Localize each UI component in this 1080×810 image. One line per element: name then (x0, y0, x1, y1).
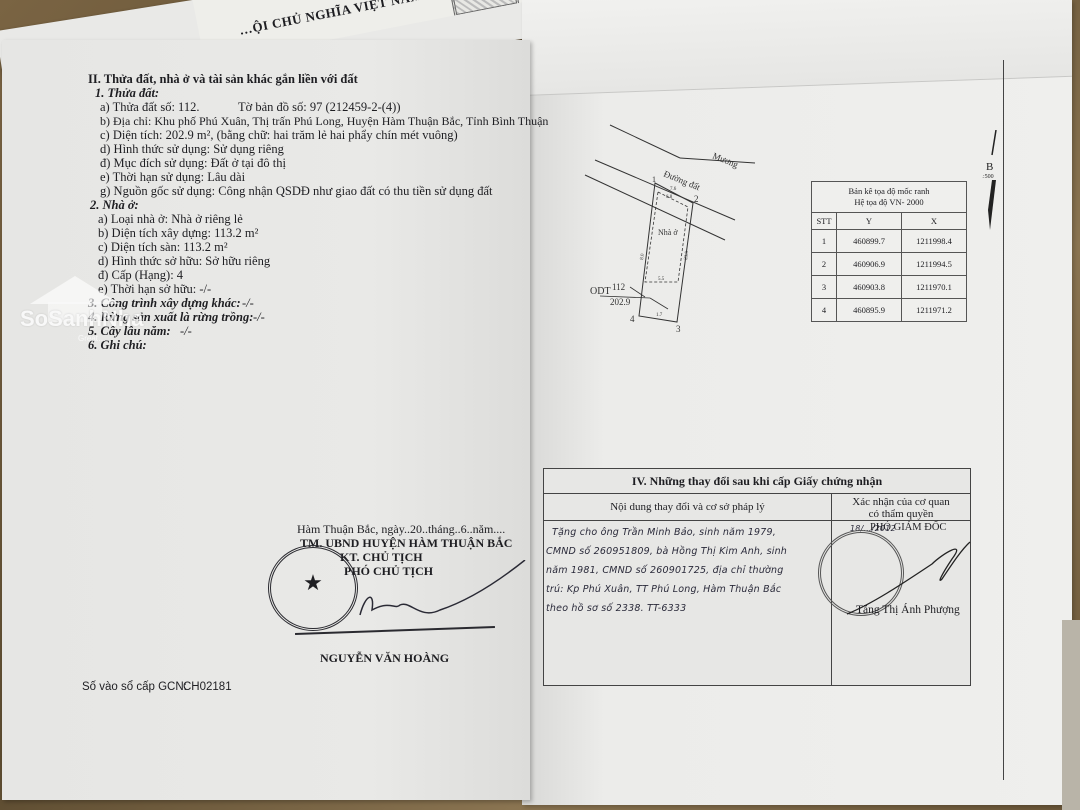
confirmation-header-line2: có thẩm quyền (832, 508, 970, 520)
confirmation-header-line1: Xác nhận của cơ quan (832, 496, 970, 508)
boundary-coordinates-table: Bản kê tọa độ mốc ranh Hệ tọa độ VN- 200… (811, 181, 967, 322)
parcel-number: 112 (612, 282, 625, 292)
cell: 1211994.5 (902, 253, 967, 276)
changes-table: IV. Những thay đổi sau khi cấp Giấy chứn… (543, 468, 971, 686)
signatory-name: NGUYỄN VĂN HOÀNG (320, 651, 449, 665)
house-label: Nhà ở (658, 228, 678, 237)
national-emblem-star-icon: ★ (303, 570, 323, 596)
cell: 460895.9 (837, 299, 902, 322)
land-parcel-number: a) Thửa đất số: 112. (100, 100, 199, 114)
point-1: 1 (652, 175, 656, 184)
perennial-trees-value: -/- (180, 324, 192, 338)
changes-content-header: Nội dung thay đổi và cơ sở pháp lý (544, 494, 831, 521)
planted-forest-value: -/- (253, 310, 265, 324)
coord-header-stt: STT (812, 213, 837, 230)
coord-header-x: X (902, 213, 967, 230)
parcel-diagram: Mương Đường đất Nhà ở ODT 112 202.9 1 2 … (570, 120, 790, 350)
table-row: 1 460899.7 1211998.4 (812, 230, 967, 253)
map-scale: 1:500 (982, 174, 994, 180)
land-heading: 1. Thửa đất: (95, 86, 159, 100)
right-page-border-line (1003, 60, 1004, 780)
watermark-brand: SoSanhNha (20, 306, 143, 332)
house-heading: 2. Nhà ở: (90, 198, 139, 212)
changes-confirmation-column: Xác nhận của cơ quan có thẩm quyền 18/…/… (832, 494, 970, 685)
cell: 1211971.2 (902, 299, 967, 322)
watermark-tagline: Great… (78, 334, 106, 343)
house-build-area: b) Diện tích xây dựng: 113.2 m² (98, 226, 258, 240)
parcel-code: ODT (590, 286, 611, 297)
confirm-signatory-name: Tăng Thị Ánh Phượng (856, 604, 960, 616)
handwritten-line: trú: Kp Phú Xuân, TT Phú Long, Hàm Thuận… (546, 584, 781, 595)
cell: 1211970.1 (902, 276, 967, 299)
cell: 1211998.4 (902, 230, 967, 253)
point-4: 4 (630, 314, 635, 324)
house-type: a) Loại nhà ở: Nhà ở riêng lẻ (98, 212, 243, 226)
handwritten-line: Tặng cho ông Trần Minh Bảo, sinh năm 197… (552, 527, 776, 538)
canal-label: Mương (711, 151, 740, 170)
table-row: 2 460906.9 1211994.5 (812, 253, 967, 276)
cell: 2 (812, 253, 837, 276)
house-floor-area: c) Diện tích sàn: 113.2 m² (98, 240, 228, 254)
land-address: b) Địa chỉ: Khu phố Phú Xuân, Thị trấn P… (100, 114, 548, 128)
cell: 460903.8 (837, 276, 902, 299)
cell: 460899.7 (837, 230, 902, 253)
dim-house-back: 5.5 (658, 277, 665, 282)
road-label: Đường đất (662, 169, 702, 193)
land-use-form: d) Hình thức sử dụng: Sử dụng riêng (100, 142, 284, 156)
cell: 460906.9 (837, 253, 902, 276)
table-row: 4 460895.9 1211971.2 (812, 299, 967, 322)
chairman-signature (350, 560, 530, 630)
registry-number: CH02181 (183, 680, 232, 694)
land-use-purpose: đ) Mục đích sử dụng: Đất ở tại đô thị (100, 156, 286, 170)
land-use-origin: g) Nguồn gốc sử dụng: Công nhận QSDĐ như… (100, 184, 493, 198)
land-use-term: e) Thời hạn sử dụng: Lâu dài (100, 170, 245, 184)
confirm-role: PHÓ GIÁM ĐỐC (870, 522, 946, 533)
dim-left-side: 8.0 (640, 253, 646, 260)
coord-table-caption: Bản kê tọa độ mốc ranh Hệ tọa độ VN- 200… (812, 182, 967, 213)
side-strip (1062, 620, 1080, 810)
confirmation-header: Xác nhận của cơ quan có thẩm quyền (832, 494, 970, 521)
cell: 4 (812, 299, 837, 322)
point-3: 3 (676, 324, 681, 334)
coord-caption-line2: Hệ tọa độ VN- 2000 (818, 197, 960, 208)
dim-back: 1.7 (656, 313, 663, 318)
changes-title: IV. Những thay đổi sau khi cấp Giấy chứn… (544, 469, 970, 494)
registry-label: Số vào sổ cấp GCN: (82, 680, 187, 694)
coord-caption-line1: Bản kê tọa độ mốc ranh (818, 186, 960, 197)
section-ii-heading: II. Thửa đất, nhà ở và tài sản khác gắn … (88, 72, 358, 86)
cell: 3 (812, 276, 837, 299)
dim-road-front: 7.6 (670, 187, 677, 192)
house-roof-icon (30, 276, 120, 304)
changes-content-column: Nội dung thay đổi và cơ sở pháp lý Tặng … (544, 494, 832, 685)
handwritten-line: theo hồ sơ số 2338. TT-6333 (546, 603, 686, 614)
place-date: Hàm Thuận Bắc, ngày..20..tháng..6..năm..… (297, 522, 505, 536)
cell: 1 (812, 230, 837, 253)
other-construction-value: -/- (242, 296, 254, 310)
official-seal-stamp: ★ (268, 545, 358, 631)
handwritten-line: CMND số 260951809, bà Hồng Thị Kim Anh, … (546, 546, 787, 557)
north-label: B (986, 161, 993, 173)
land-area: c) Diện tích: 202.9 m², (bằng chữ: hai t… (100, 128, 458, 142)
land-map-sheet: Tờ bản đồ số: 97 (212459-2-(4)) (238, 100, 400, 114)
point-2: 2 (694, 194, 699, 204)
issuing-org: TM. UBND HUYỆN HÀM THUẬN BẮC (300, 536, 512, 550)
dim-right-side: 23.9 (684, 250, 690, 260)
parcel-area: 202.9 (610, 297, 631, 307)
coord-header-y: Y (837, 213, 902, 230)
dim-house-front: 6.8 (666, 195, 673, 200)
sosanhnha-watermark: SoSanhNha Great… (10, 272, 170, 352)
north-arrow-icon: B 1:500 (982, 130, 1002, 240)
table-row: 3 460903.8 1211970.1 (812, 276, 967, 299)
handwritten-line: năm 1981, CMND số 260901725, địa chỉ thư… (546, 565, 783, 576)
house-ownership: d) Hình thức sở hữu: Sở hữu riêng (98, 254, 270, 268)
